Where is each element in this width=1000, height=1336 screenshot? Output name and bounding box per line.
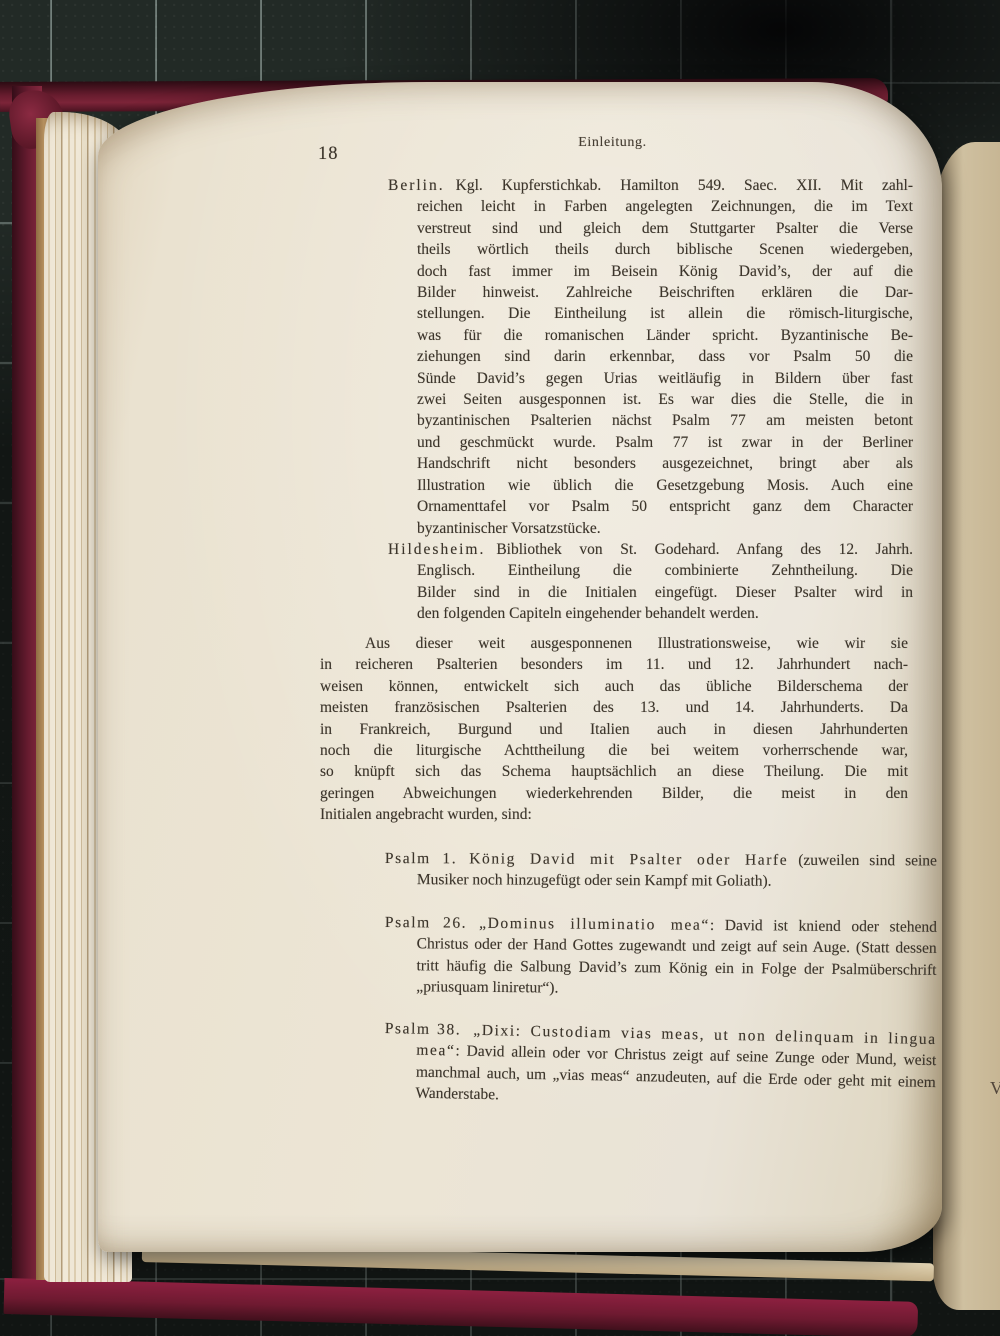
entry-hildesheim-label: Hildesheim. <box>388 541 485 558</box>
entry-berlin-label: Berlin. <box>388 177 445 194</box>
entry-berlin-body: Berlin.Kgl. Kupferstichkab. Hamilton 549… <box>388 175 913 518</box>
entry-berlin: Berlin.Kgl. Kupferstichkab. Hamilton 549… <box>388 175 913 539</box>
psalm-38-label: Psalm 38. <box>385 1020 462 1039</box>
psalm-item-1: Psalm 1.König David mit Psalter oder Har… <box>385 848 937 893</box>
entry-berlin-lines: Kgl. Kupferstichkab. Hamilton 549. Saec.… <box>417 177 913 515</box>
entry-hildesheim-last-line: den folgenden Capiteln eingehender behan… <box>388 603 913 624</box>
psalm-26-label: Psalm 26. <box>385 914 467 932</box>
paragraph-introduction: Aus dieser weit ausgesponnenen Illustrat… <box>320 633 908 826</box>
photo-of-open-book: V Einleitung. 18 Berlin.Kgl. Kupferstich… <box>0 0 1000 1336</box>
paragraph-body: Aus dieser weit ausgesponnenen Illustrat… <box>320 633 908 804</box>
paragraph-last-line: Initialen angebracht wurden, sind: <box>320 804 908 825</box>
psalm-item-26: Psalm 26.„Dominus illuminatio mea“: Davi… <box>384 912 937 1002</box>
entry-hildesheim-body: Hildesheim.Bibliothek von St. Godehard. … <box>388 539 913 603</box>
psalm-1-spaced-text: König David mit Psalter oder Harfe <box>469 850 788 868</box>
psalm-38-text: : David allein oder vor Christus zeigt a… <box>415 1043 936 1104</box>
entry-hildesheim-lines: Bibliothek von St. Godehard. Anfang des … <box>417 541 913 601</box>
psalm-26-spaced-text: „Dominus illuminatio mea“ <box>479 915 710 934</box>
psalm-item-38: Psalm 38.„Dixi: Custodiam vias meas, ut … <box>383 1018 937 1115</box>
page-number: 18 <box>318 144 339 165</box>
entry-berlin-last-line: byzantinischer Vorsatzstücke. <box>388 518 913 539</box>
page-text: Einleitung. 18 Berlin.Kgl. Kupferstichka… <box>0 0 1000 1336</box>
running-header: Einleitung. <box>320 132 905 153</box>
entry-hildesheim: Hildesheim.Bibliothek von St. Godehard. … <box>388 539 913 625</box>
psalm-1-label: Psalm 1. <box>385 850 457 867</box>
